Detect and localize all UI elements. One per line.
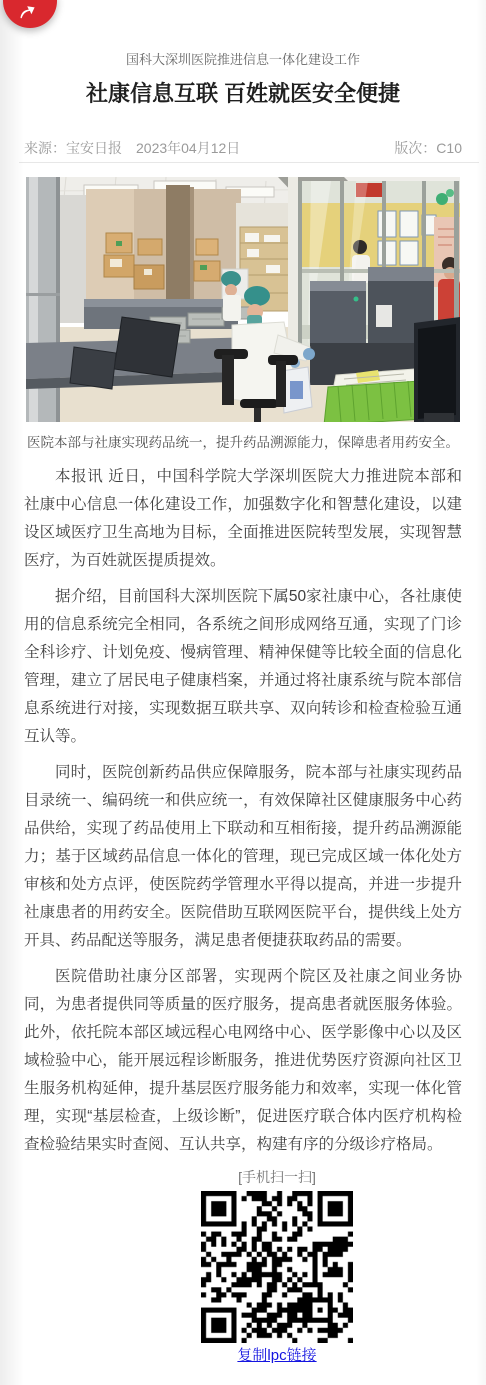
meta-date: 2023年04月12日 xyxy=(136,138,240,158)
article-kicker: 国科大深圳医院推进信息一体化建设工作 xyxy=(24,50,462,69)
paragraph-3: 同时，医院创新药品供应保障服务，院本部与社康实现药品目录统一、编码统一和供应统一… xyxy=(24,759,462,955)
header-divider xyxy=(19,162,479,163)
article-page: 国科大深圳医院推进信息一体化建设工作 社康信息互联 百姓就医安全便捷 来源：宝安… xyxy=(0,0,486,1385)
paragraph-4: 医院借助社康分区部署，实现两个院区及社康之间业务协同，为患者提供同等质量的医疗服… xyxy=(24,963,462,1159)
copy-link[interactable]: 复制lpc链接 xyxy=(237,1345,316,1367)
article-meta: 来源：宝安日报 2023年04月12日 版次：C10 xyxy=(24,138,462,158)
photo-caption: 医院本部与社康实现药品统一，提升药品溯源能力，保障患者用药安全。 xyxy=(24,430,462,455)
meta-source: 来源：宝安日报 xyxy=(24,138,122,158)
undo-arrow-icon xyxy=(16,1,42,25)
article-title: 社康信息互联 百姓就医安全便捷 xyxy=(24,78,462,110)
scan-hint-label: [手机扫一扫] xyxy=(238,1167,316,1187)
paragraph-1: 本报讯 近日，中国科学院大学深圳医院大力推进院本部和社康中心信息一体化建设工作，… xyxy=(24,463,462,575)
paragraph-2: 据介绍，目前国科大深圳医院下属50家社康中心，各社康使用的信息系统完全相同，各系… xyxy=(24,583,462,751)
qr-section: [手机扫一扫] 复制lpc链接 xyxy=(0,1167,486,1367)
back-button[interactable] xyxy=(3,0,57,28)
qr-code xyxy=(201,1191,353,1343)
article-photo xyxy=(26,177,460,422)
meta-edition: 版次：C10 xyxy=(394,138,462,158)
article-body: 本报讯 近日，中国科学院大学深圳医院大力推进院本部和社康中心信息一体化建设工作，… xyxy=(24,463,462,1159)
